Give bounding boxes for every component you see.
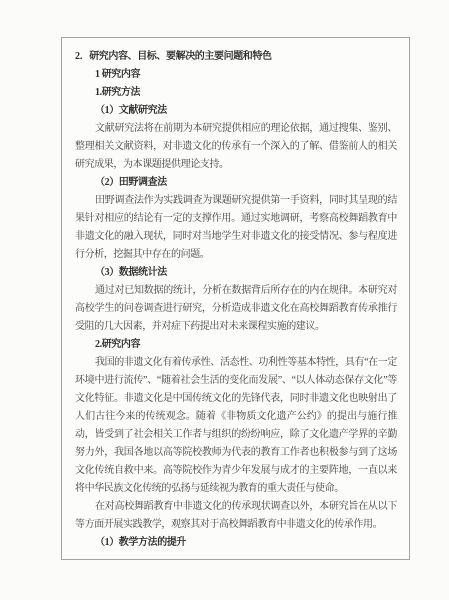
subsection-heading: 1.研究方法: [75, 84, 397, 102]
report-table-cell: 2．研究内容、目标、要解决的主要问题和特色 1 研究内容1.研究方法（1）文献研…: [61, 37, 410, 560]
subsection-heading: 1 研究内容: [75, 66, 397, 84]
document-body: 1 研究内容1.研究方法（1）文献研究法文献研究法将在前期为本研究提供相应的理论…: [75, 66, 397, 552]
body-paragraph: 在对高校舞蹈教育中非遗文化的传承现状调查以外，本研究旨在从以下等方面开展实践教学…: [75, 498, 397, 534]
body-paragraph: 田野调查法作为实践调查为课题研究提供第一手资料，同时其呈现的结果针对相应的结论有…: [75, 192, 397, 264]
body-paragraph: 我国的非遗文化有着传承性、活态性、功利性等基本特性，具有“在一定环境中进行流传”…: [75, 354, 397, 498]
subsection-heading: （1）教学方法的提升: [75, 534, 397, 552]
subsection-heading: 2.研究内容: [75, 336, 397, 354]
subsection-heading: （3）数据统计法: [75, 264, 397, 282]
subsection-heading: （2）田野调查法: [75, 174, 397, 192]
subsection-heading: （1）文献研究法: [75, 102, 397, 120]
body-paragraph: 通过对已知数据的统计，分析在数据背后所存在的内在规律。本研究对高校学生的问卷调查…: [75, 282, 397, 336]
body-paragraph: 文献研究法将在前期为本研究提供相应的理论依据，通过搜集、鉴别、整理相关文献资料，…: [75, 120, 397, 174]
scanned-page: 2．研究内容、目标、要解决的主要问题和特色 1 研究内容1.研究方法（1）文献研…: [0, 0, 449, 600]
section-title: 2．研究内容、目标、要解决的主要问题和特色: [75, 48, 397, 66]
